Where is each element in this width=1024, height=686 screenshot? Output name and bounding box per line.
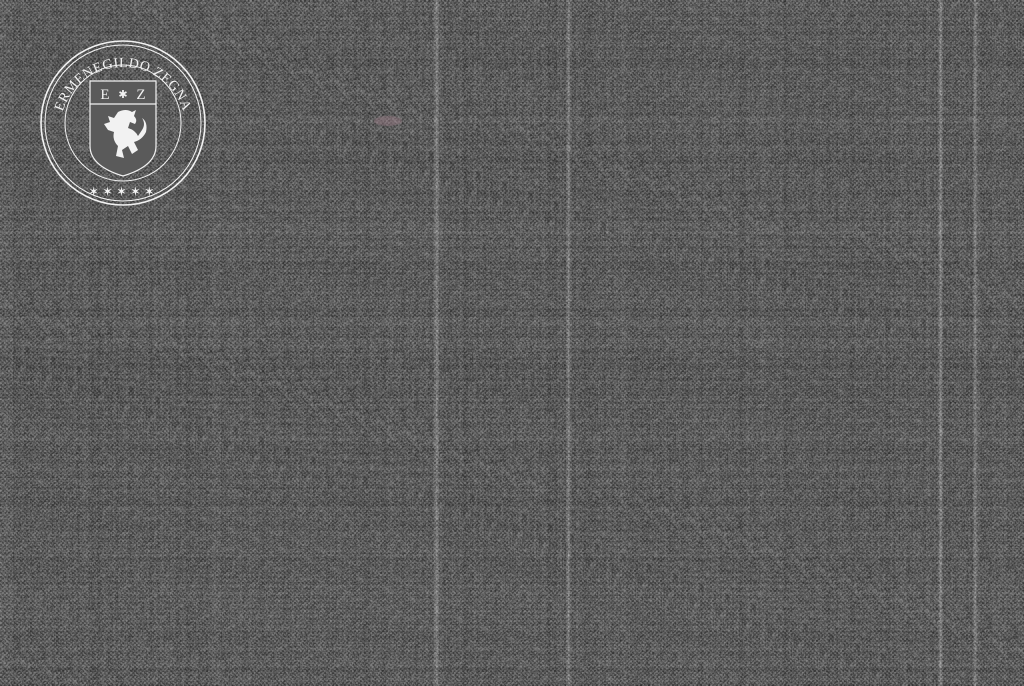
monogram-e: E: [100, 87, 109, 103]
monogram-z: Z: [136, 87, 145, 103]
brand-seal-icon: ERMENEGILDO ZEGNA E ✱ Z ✶✶✶✶✶: [38, 38, 208, 208]
zegna-logo: ERMENEGILDO ZEGNA E ✱ Z ✶✶✶✶✶: [38, 38, 208, 208]
stars: ✶✶✶✶✶: [88, 185, 157, 200]
monogram-separator: ✱: [118, 88, 127, 101]
